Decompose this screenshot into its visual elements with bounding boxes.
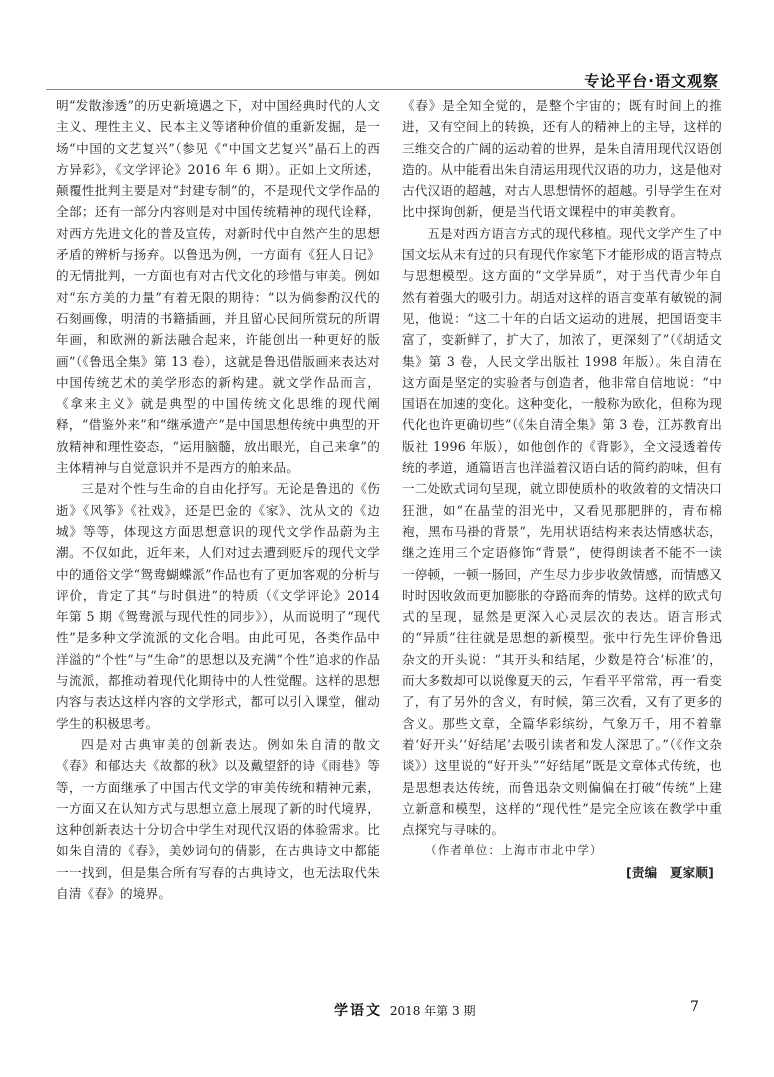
page-number: 7	[690, 999, 699, 1015]
paragraph: 明“发散渗透”的历史新境遇之下，对中国经典时代的人文主义、理性主义、民本主义等诸…	[56, 95, 380, 478]
right-column: 《春》是全知全觉的，是整个宇宙的；既有时间上的推进，又有空间上的转换，还有人的精…	[402, 95, 722, 883]
section-title: 专论平台·语文观察	[584, 70, 719, 91]
paragraph: 《春》是全知全觉的，是整个宇宙的；既有时间上的推进，又有空间上的转换，还有人的精…	[402, 95, 722, 223]
editor-credit: [责编 夏家顺]	[402, 862, 722, 883]
paragraph: 四是对古典审美的创新表达。例如朱自清的散文《春》和郁达夫《故都的秋》以及戴望舒的…	[56, 734, 380, 904]
header-divider	[46, 89, 720, 90]
paragraph: 三是对个性与生命的自由化抒写。无论是鲁迅的《伤逝》《风筝》《社戏》，还是巴金的《…	[56, 478, 380, 734]
author-affiliation: （作者单位：上海市市北中学）	[402, 840, 722, 861]
footer-magazine-info: 学语文 2018 年第 3 期	[334, 1000, 475, 1020]
magazine-name: 学语文	[334, 1003, 382, 1019]
left-column: 明“发散渗透”的历史新境遇之下，对中国经典时代的人文主义、理性主义、民本主义等诸…	[56, 95, 380, 904]
issue-label: 2018 年第 3 期	[390, 1004, 476, 1018]
paragraph: 五是对西方语言方式的现代移植。现代文学产生了中国文坛从未有过的只有现代作家笔下才…	[402, 223, 722, 841]
